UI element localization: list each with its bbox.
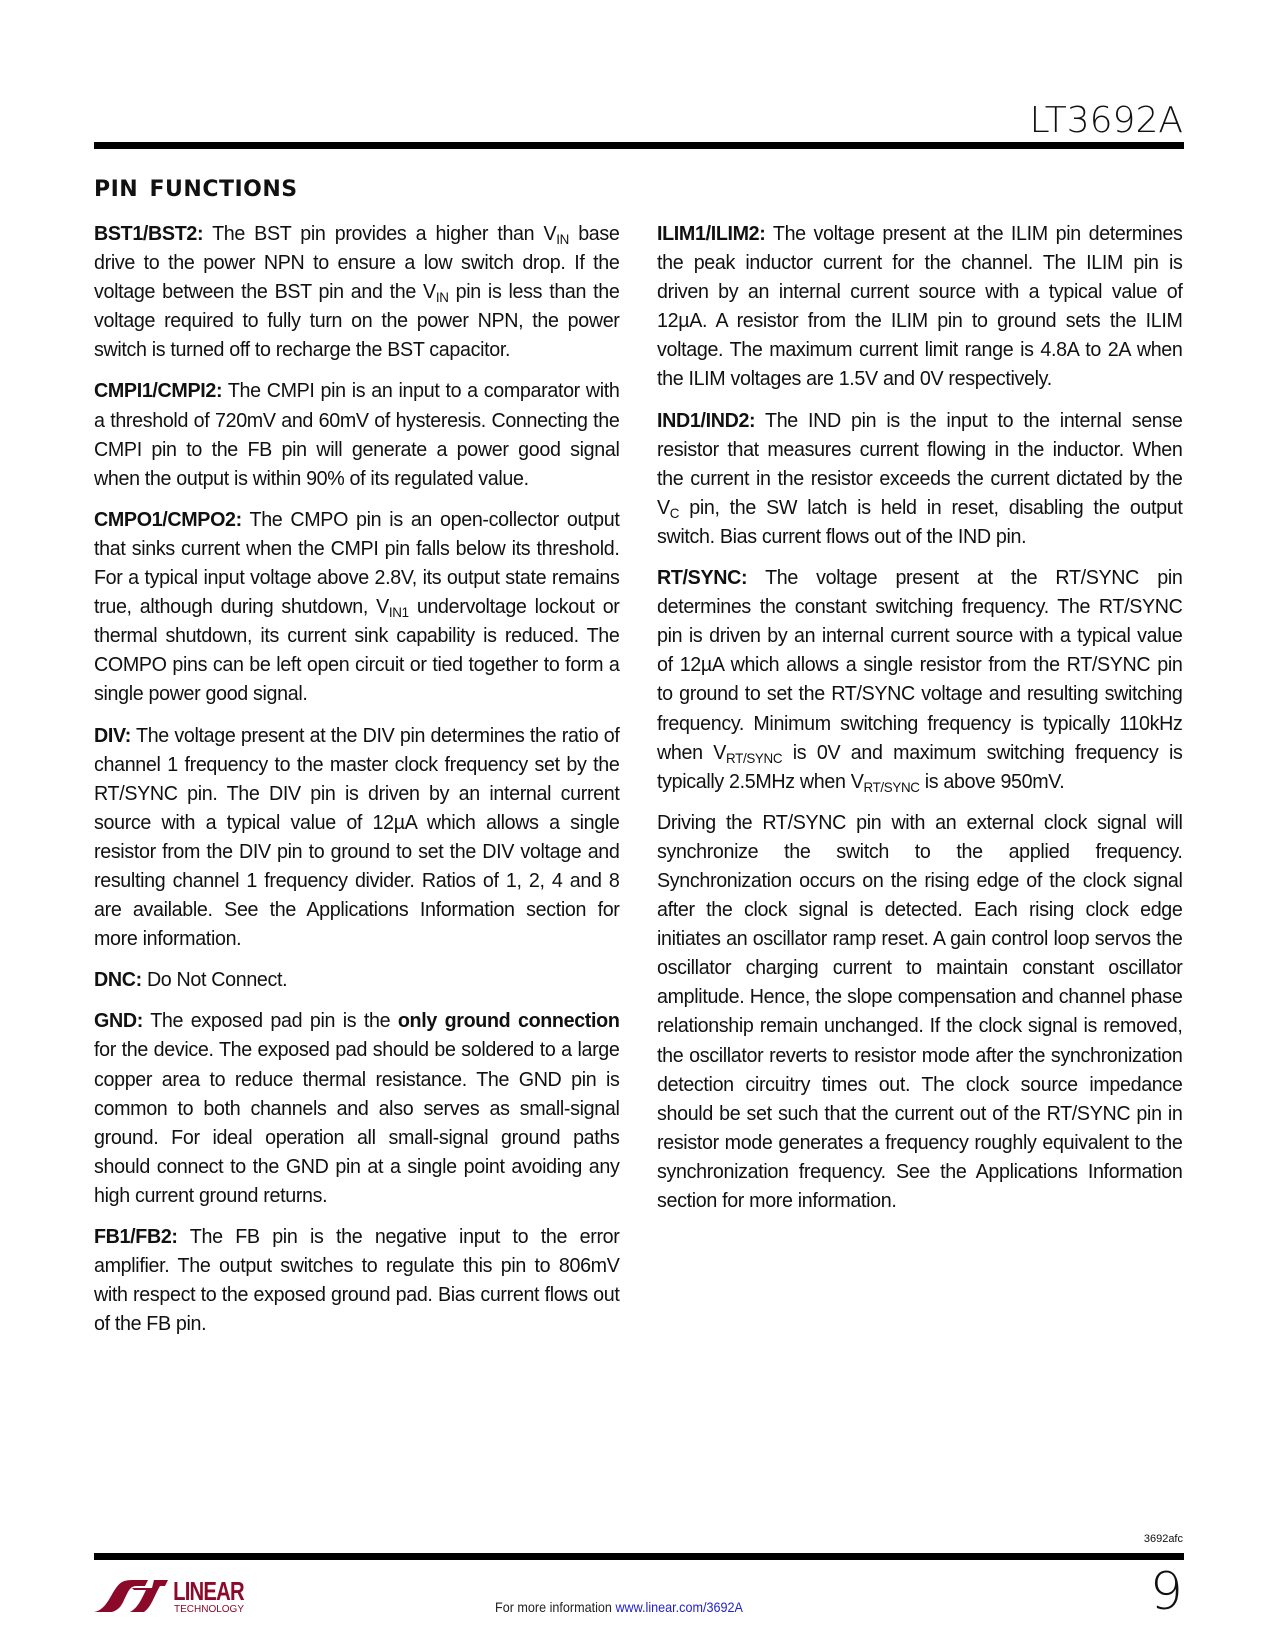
pin-desc-fb: FB1/FB2: The FB pin is the negative inpu… [94,1223,620,1339]
document-code: 3692afc [1144,1533,1183,1545]
pin-desc-rtsync-sync: Driving the RT/SYNC pin with an external… [657,809,1183,1216]
section-title: PIN FUNCTIONS [94,168,298,204]
pin-desc-ilim: ILIM1/ILIM2: The voltage present at the … [657,220,1183,395]
website-link[interactable]: www.linear.com/3692A [615,1599,742,1615]
emphasis: only ground connection [398,1010,620,1032]
svg-text:TECHNOLOGY: TECHNOLOGY [174,1604,244,1614]
pin-name: CMPI1/CMPI2: [94,380,222,402]
pin-name: FB1/FB2: [94,1226,178,1248]
pin-name: BST1/BST2: [94,223,203,245]
pin-desc-ind: IND1/IND2: The IND pin is the input to t… [657,407,1183,552]
pin-desc-rtsync: RT/SYNC: The voltage present at the RT/S… [657,564,1183,797]
pin-desc-gnd: GND: The exposed pad pin is the only gro… [94,1007,620,1211]
header-rule [94,142,1184,149]
pin-name: RT/SYNC: [657,567,747,589]
pin-desc-bst: BST1/BST2: The BST pin provides a higher… [94,220,620,365]
pin-desc-cmpi: CMPI1/CMPI2: The CMPI pin is an input to… [94,377,620,493]
svg-text:LINEAR: LINEAR [173,1577,245,1606]
left-column: BST1/BST2: The BST pin provides a higher… [94,220,620,1351]
linear-technology-logo-icon: LINEAR TECHNOLOGY [92,1574,262,1614]
pin-desc-div: DIV: The voltage present at the DIV pin … [94,722,620,955]
pin-name: IND1/IND2: [657,410,755,432]
pin-name: DNC: [94,969,142,991]
pin-name: ILIM1/ILIM2: [657,223,766,245]
footer-rule [94,1553,1184,1560]
pin-name: DIV: [94,725,131,747]
page-number: 9 [1150,1562,1183,1622]
pin-desc-dnc: DNC: Do Not Connect. [94,966,620,995]
right-column: ILIM1/ILIM2: The voltage present at the … [657,220,1183,1228]
pin-name: GND: [94,1010,143,1032]
pin-desc-cmpo: CMPO1/CMPO2: The CMPO pin is an open-col… [94,506,620,710]
part-number: LT3692A [1030,100,1183,141]
pin-name: CMPO1/CMPO2: [94,509,242,531]
footer-more-info: For more information www.linear.com/3692… [495,1599,743,1615]
